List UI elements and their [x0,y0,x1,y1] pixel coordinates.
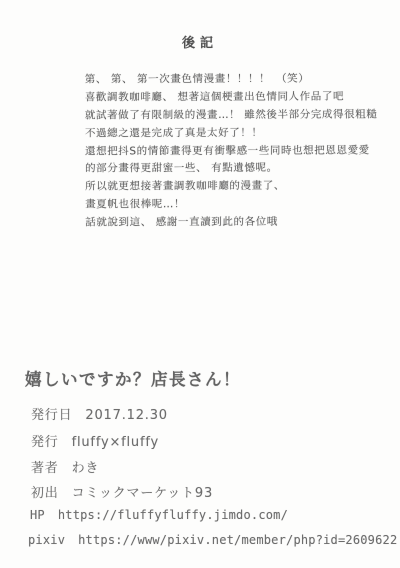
publisher-label: 発行 [31,435,59,450]
author-label: 著者 [31,461,59,476]
afterword-heading: 後記 [0,32,400,51]
homepage-label: HP [30,508,45,522]
first-published-label: 初出 [31,486,59,501]
afterword-page: 後記 第、 第、 第一次畫色情漫畫！！！！ （笑） 喜歡調教咖啡廳、 想著這個梗… [0,0,400,568]
homepage-url: https://fluffyfluffy.jimdo.com/ [58,508,288,522]
afterword-line: 話就說到這、 感謝一直讀到此的各位哦 [85,214,376,233]
afterword-line: 不過總之還是完成了真是太好了！！ [85,124,376,143]
publish-date-label: 発行日 [31,408,72,423]
afterword-line: 畫夏帆也很棒呢…！ [85,196,376,215]
pixiv-label: pixiv [28,533,65,547]
publish-date-value: 2017.12.30 [85,408,167,423]
publisher-value: fluffy×fluffy [72,435,159,450]
afterword-line: 第、 第、 第一次畫色情漫畫！！！！ （笑） [85,70,376,89]
afterword-text-block: 第、 第、 第一次畫色情漫畫！！！！ （笑） 喜歡調教咖啡廳、 想著這個梗畫出色… [85,70,377,232]
colophon-row-homepage: HPhttps://fluffyfluffy.jimdo.com/ [30,508,288,522]
afterword-line: 的部分畫得更甜蜜一些、 有點遺憾呢。 [85,160,376,179]
first-published-value: コミックマーケット93 [72,486,213,501]
book-title: 嬉しいですか？店長さん！ [25,366,241,390]
colophon-row-first-published: 初出コミックマーケット93 [31,482,213,501]
afterword-line: 還想把抖S的情節畫得更有衝擊感一些同時也想把恩恩愛愛 [85,142,376,161]
pixiv-url: https://www/pixiv.net/member/php?id=2609… [78,533,397,547]
colophon-row-pixiv: pixivhttps://www/pixiv.net/member/php?id… [28,533,397,547]
colophon-row-publisher: 発行fluffy×fluffy [31,431,159,450]
colophon-row-publish-date: 発行日2017.12.30 [31,404,168,423]
colophon-row-author: 著者わき [31,457,99,476]
afterword-line: 就試著做了有限制級的漫畫…！ 雖然後半部分完成得很粗糙 [85,106,376,125]
afterword-line: 喜歡調教咖啡廳、 想著這個梗畫出色情同人作品了吧 [85,88,376,107]
afterword-line: 所以就更想接著畫調教咖啡廳的漫畫了、 [85,178,376,197]
author-value: わき [72,461,100,476]
